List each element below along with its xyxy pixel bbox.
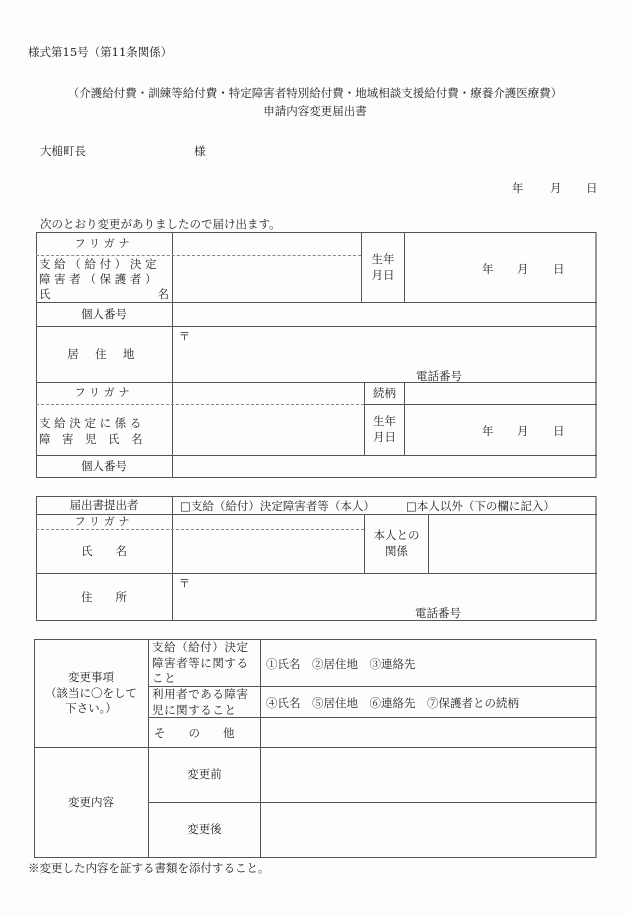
child-birthdate-input[interactable]: 年 月 日: [405, 405, 595, 455]
relation-input[interactable]: [405, 383, 595, 404]
change-row3-label: そ の 他: [154, 725, 235, 741]
applicant-name-input[interactable]: [173, 256, 361, 302]
change-other-input[interactable]: [261, 718, 595, 747]
change-before-input[interactable]: [261, 748, 595, 802]
phone-label: 電話番号: [416, 368, 462, 384]
submitter-option-self-checkbox[interactable]: □支給（給付）決定障害者等（本人）: [180, 498, 375, 514]
footnote: ※変更した内容を証する書類を添付すること。: [28, 860, 270, 876]
change-row1-label: 支給（給付）決定 障害者等に関する こと: [152, 640, 249, 687]
phone-label: 電話番号: [415, 605, 461, 621]
birthdate-label-line-1: 生年: [372, 252, 395, 268]
child-personal-number-input[interactable]: [173, 456, 595, 478]
honorific: 様: [194, 143, 206, 159]
residence-input[interactable]: 〒 電話番号: [173, 327, 595, 382]
change-before-label: 変更前: [149, 748, 260, 802]
submitter-relation-label: 本人との 関係: [365, 515, 428, 573]
birthdate-label-line-2: 月日: [372, 268, 395, 284]
child-birth-month-label: 月: [517, 423, 529, 439]
form-subtitle: （介護給付費・訓練等給付費・特定障害者特別給付費・地域相談支援給付費・療養介護医…: [0, 85, 630, 101]
child-furigana-label: フリガナ: [36, 383, 172, 404]
row2-label-line-2: 児に関すること: [152, 703, 249, 719]
relation-label-line-2: 関係: [385, 544, 408, 560]
relation-label: 続柄: [365, 383, 404, 404]
row1-label-line-3: こと: [152, 671, 249, 687]
child-birthdate-label-line-1: 生年: [373, 414, 396, 430]
row2-label-line-1: 利用者である障害: [152, 687, 249, 703]
change-content-label: 変更内容: [34, 748, 148, 857]
intro-text: 次のとおり変更がありましたので届け出ます。: [40, 216, 281, 232]
relation-label-line-1: 本人との: [374, 528, 420, 544]
child-furigana-input[interactable]: [173, 383, 364, 404]
birthdate-label: 生年 月日: [362, 233, 404, 302]
row1-label-line-2: 障害者等に関する: [152, 656, 249, 672]
submitter-relation-input[interactable]: [429, 515, 595, 573]
change-items-label: 変更事項 （該当に〇をして 下さい。）: [34, 640, 148, 747]
row1-label-line-1: 支給（給付）決定: [152, 640, 249, 656]
addressee: 大槌町長: [40, 143, 86, 159]
applicant-birthdate-input[interactable]: 年 月 日: [405, 233, 595, 302]
child-birth-day-label: 日: [553, 423, 565, 439]
child-name-label-line-1: 支 給 決 定 に 係 る: [39, 415, 169, 431]
change-items-label-line-2: （該当に〇をして: [45, 686, 137, 702]
submitter-name-label: 氏 名: [36, 530, 172, 573]
name-label-line-1: 支 給 （ 給 付 ） 決 定: [39, 257, 169, 272]
submitter-address-label: 住 所: [36, 574, 172, 621]
child-birthdate-label-line-2: 月日: [373, 430, 396, 446]
birth-year-label: 年: [482, 261, 494, 277]
child-birthdate-label: 生年 月日: [365, 405, 404, 455]
furigana-label: フリガナ: [36, 233, 172, 255]
birth-day-label: 日: [553, 261, 565, 277]
child-name-label-line-2: 障 害 児 氏 名: [39, 431, 169, 447]
name-label-line-3: 氏 名: [39, 287, 169, 302]
change-after-label: 変更後: [149, 803, 260, 857]
postal-mark: 〒: [179, 328, 190, 344]
child-name-label: 支 給 決 定 に 係 る 障 害 児 氏 名: [39, 415, 169, 447]
birth-month-label: 月: [517, 261, 529, 277]
submitter-furigana-input[interactable]: [173, 515, 364, 529]
change-after-input[interactable]: [261, 803, 595, 857]
page-title: 申請内容変更届出書: [0, 103, 630, 119]
submitter-address-input[interactable]: 〒 電話番号: [173, 574, 595, 621]
date-year-label: 年: [512, 180, 524, 196]
change-row1-options[interactable]: ①氏名 ②居住地 ③連絡先: [266, 656, 416, 672]
date-month-label: 月: [550, 180, 562, 196]
applicant-furigana-input[interactable]: [173, 233, 361, 255]
applicant-name-label: 支 給 （ 給 付 ） 決 定 障 害 者 （ 保 護 者 ） 氏 名: [39, 257, 169, 302]
name-label-line-2: 障 害 者 （ 保 護 者 ）: [39, 272, 169, 287]
change-items-label-line-3: 下さい。）: [65, 701, 117, 717]
change-items-label-line-1: 変更事項: [68, 670, 114, 686]
child-birth-year-label: 年: [482, 423, 494, 439]
postal-mark: 〒: [179, 575, 190, 591]
submitter-label: 届出書提出者: [36, 497, 172, 514]
change-row2-label: 利用者である障害 児に関すること: [152, 687, 249, 718]
date-day-label: 日: [586, 180, 598, 196]
submitter-name-input[interactable]: [173, 530, 364, 573]
residence-label: 居 住 地: [36, 327, 172, 382]
submitter-furigana-label: フリガナ: [36, 515, 172, 529]
name-label-left: 氏: [39, 287, 51, 302]
personal-number-input[interactable]: [173, 303, 595, 326]
form-number: 様式第15号（第11条関係）: [28, 44, 172, 60]
submitter-option-other-checkbox[interactable]: □本人以外（下の欄に記入）: [406, 498, 555, 514]
change-row2-options[interactable]: ④氏名 ⑤居住地 ⑥連絡先 ⑦保護者との続柄: [266, 695, 519, 711]
name-label-right: 名: [158, 287, 170, 302]
child-name-input[interactable]: [173, 405, 364, 455]
personal-number-label: 個人番号: [36, 303, 172, 326]
child-personal-number-label: 個人番号: [36, 456, 172, 478]
